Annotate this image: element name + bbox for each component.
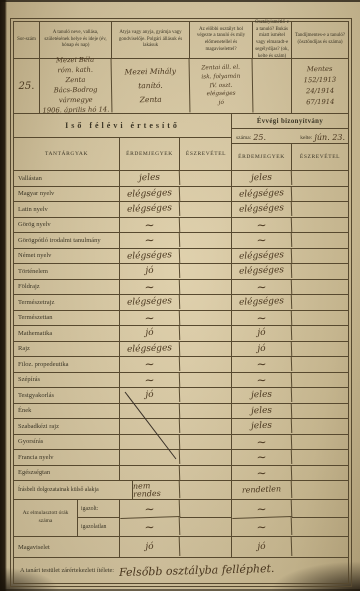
- subject-name: Testgyakorlás: [14, 388, 120, 403]
- year-remark: [292, 435, 348, 450]
- sem1-remark: [180, 404, 232, 419]
- subject-row: Szépírás ~ ~: [14, 373, 348, 389]
- sem1-grade: jó: [120, 325, 180, 342]
- year-grade: jeles: [232, 418, 292, 435]
- sem1-grade: elégséges: [120, 340, 180, 357]
- subject-name: Görögpótló irodalmi tanulmány: [14, 233, 120, 248]
- serial-number-value: 25.: [14, 59, 40, 113]
- subject-rows: Vallástan jeles jeles Magyar nyelv elégs…: [14, 171, 348, 481]
- subject-name: Természetrajz: [14, 295, 120, 310]
- year-remark: [292, 388, 348, 403]
- year-remark: [292, 171, 348, 186]
- year-remark: [292, 280, 348, 295]
- sem1-remark: [180, 295, 232, 310]
- conduct-row: Magaviselet jó jó: [14, 537, 348, 558]
- year-remark: [292, 264, 348, 279]
- subject-row: Természettan ~ ~: [14, 311, 348, 327]
- sem1-remark: [180, 187, 232, 202]
- year-grade: ~: [232, 356, 292, 373]
- year-remark: [292, 187, 348, 202]
- subject-row: Természetrajz elégséges elégséges: [14, 295, 348, 311]
- essay-year-remark: [292, 481, 348, 499]
- year-remark: [292, 295, 348, 310]
- register-header-row: Sor-szám A tanuló neve, vallása, születé…: [14, 22, 348, 59]
- subject-name: Filoz. propedeutika: [14, 357, 120, 372]
- year-grade: ~: [232, 278, 292, 295]
- sem1-grade: [120, 449, 180, 466]
- excused-sem1-value: ~: [120, 499, 181, 519]
- unexcused-year-value: ~: [232, 517, 293, 537]
- sem1-remark: [180, 280, 232, 295]
- report-card-form: Sor-szám A tanuló neve, vallása, születé…: [13, 21, 349, 584]
- subject-name: Német nyelv: [14, 249, 120, 264]
- sem1-grade: ~: [120, 216, 180, 233]
- subject-name: Magyar nyelv: [14, 187, 120, 202]
- year-remark: [292, 311, 348, 326]
- szama-value: 25.: [253, 135, 266, 141]
- sem1-grade: elégséges: [120, 247, 180, 264]
- subject-row: Történelem jó elégséges: [14, 264, 348, 280]
- kelte-value: jún. 23.: [314, 135, 345, 141]
- year-remark: [292, 404, 348, 419]
- sem1-grade: ~: [120, 356, 180, 373]
- sem1-remark: [180, 311, 232, 326]
- subject-name: Francia nyelv: [14, 450, 120, 465]
- year-grade: jó: [232, 325, 292, 342]
- subject-row: Görögpótló irodalmi tanulmány ~ ~: [14, 233, 348, 249]
- unexcused-sem1-remark: [180, 518, 232, 536]
- subject-row: Görög nyelv ~ ~: [14, 218, 348, 234]
- subject-name: Rajz: [14, 342, 120, 357]
- sem1-remark: [180, 419, 232, 434]
- sem1-grade: elégséges: [120, 294, 180, 311]
- year-grade: jeles: [232, 402, 292, 419]
- year-grade: elégséges: [232, 263, 292, 280]
- subject-name: Vallástan: [14, 171, 120, 186]
- faculty-verdict-label: A tanári testület zárértekezleti ítélete…: [20, 567, 114, 574]
- previous-class-value: Zentai áll. el. isk. folyamán IV. oszt. …: [190, 58, 254, 113]
- szama-label: száma:: [236, 135, 251, 141]
- excused-year-value: ~: [232, 499, 293, 519]
- sem1-grade: ~: [120, 309, 180, 326]
- subject-name: Gyorsírás: [14, 435, 120, 450]
- header-student-name: A tanuló neve, vallása, születésének hel…: [40, 22, 112, 58]
- scan-edge-top: [0, 0, 360, 2]
- sem1-grade: elégséges: [120, 201, 180, 218]
- year-remark: [292, 450, 348, 465]
- subject-row: Latin nyelv elégséges elégséges: [14, 202, 348, 218]
- register-data-row: 25. Mezei Béla róm. kath. Zenta Bács-Bod…: [14, 59, 348, 114]
- year-grade: jeles: [232, 387, 292, 404]
- student-name-value: Mezei Béla róm. kath. Zenta Bács-Bodrog …: [40, 58, 113, 113]
- year-grade: ~: [232, 433, 292, 450]
- year-grade: elégséges: [232, 201, 292, 218]
- sem1-grade: elégséges: [120, 185, 180, 202]
- col-remark-label-year: ÉSZREVÉTEL: [292, 144, 348, 170]
- kelte-label: kelte:: [300, 135, 312, 141]
- sem1-remark: [180, 357, 232, 372]
- sem1-remark: [180, 466, 232, 481]
- excused-sem1-remark: [180, 500, 232, 518]
- sem1-remark: [180, 264, 232, 279]
- year-remark: [292, 202, 348, 217]
- col-subjects-label: TANTÁRGYAK: [14, 138, 120, 170]
- subject-name: Latin nyelv: [14, 202, 120, 217]
- left-column-headers: TANTÁRGYAK ÉRDEMJEGYEK ÉSZREVÉTEL: [14, 138, 231, 170]
- subject-row: Egészségtan ~: [14, 466, 348, 482]
- subject-row: Földrajz ~ ~: [14, 280, 348, 296]
- sem1-remark: [180, 435, 232, 450]
- year-remark: [292, 233, 348, 248]
- year-remark: [292, 218, 348, 233]
- subject-name: Szépírás: [14, 373, 120, 388]
- year-grade: ~: [232, 232, 292, 249]
- scan-edge-left: [0, 0, 7, 591]
- header-serial-number: Sor-szám: [14, 22, 40, 58]
- parent-guardian-value: Mezei Mihály tanító. Zenta: [112, 58, 191, 113]
- grades-table: Vallástan jeles jeles Magyar nyelv elégs…: [14, 171, 348, 583]
- sem1-grade: [120, 464, 180, 481]
- conduct-sem1-remark: [180, 537, 232, 557]
- sem1-remark: [180, 171, 232, 186]
- missed-hours-block: Az elmulasztott órák száma igazolt: ~ ~ …: [14, 500, 348, 537]
- sem1-remark: [180, 450, 232, 465]
- year-remark: [292, 357, 348, 372]
- header-tuition-exempt: Tandíjmentes-e a tanuló? (ösztöndíjas és…: [292, 22, 348, 58]
- year-grade: elégséges: [232, 247, 292, 264]
- excused-year-remark: [292, 500, 348, 518]
- sem1-remark: [180, 202, 232, 217]
- conduct-label: Magaviselet: [14, 537, 120, 557]
- sem1-grade: ~: [120, 278, 180, 295]
- sem1-remark: [180, 342, 232, 357]
- conduct-year-grade: jó: [232, 536, 293, 558]
- first-semester-header: Iső félévi értesítő TANTÁRGYAK ÉRDEMJEGY…: [14, 114, 232, 170]
- class-repeater-value: [253, 59, 292, 113]
- subject-row: Francia nyelv ~: [14, 450, 348, 466]
- sem1-grade: jó: [120, 387, 180, 404]
- subject-name: Ének: [14, 404, 120, 419]
- year-end-title: Évvégi bizonyítvány: [232, 114, 348, 129]
- sem1-grade: [120, 433, 180, 450]
- sem1-grade: ~: [120, 371, 180, 388]
- excused-label: igazolt:: [78, 500, 120, 518]
- sem1-grade: ~: [120, 232, 180, 249]
- essay-neatness-row: Írásbeli dolgozatainak külső alakja nem …: [14, 481, 348, 500]
- essay-row-label: Írásbeli dolgozatainak külső alakja: [14, 481, 133, 499]
- sem1-grade: [120, 402, 180, 419]
- subject-name: Földrajz: [14, 280, 120, 295]
- essay-sem1-remark: [180, 481, 232, 499]
- conduct-year-remark: [292, 537, 348, 557]
- year-remark: [292, 373, 348, 388]
- first-semester-title: Iső félévi értesítő: [14, 114, 231, 138]
- subject-name: Szabadkézi rajz: [14, 419, 120, 434]
- subject-row: Ének jeles: [14, 404, 348, 420]
- sem1-grade: [120, 418, 180, 435]
- right-column-headers: ÉRDEMJEGYEK ÉSZREVÉTEL: [232, 144, 348, 170]
- sem1-remark: [180, 233, 232, 248]
- header-previous-class: Az előbbi osztályt hol végezte a tanuló …: [190, 22, 253, 58]
- subject-row: Filoz. propedeutika ~ ~: [14, 357, 348, 373]
- year-grade: ~: [232, 449, 292, 466]
- sem1-remark: [180, 249, 232, 264]
- sem1-remark: [180, 218, 232, 233]
- report-header: Iső félévi értesítő TANTÁRGYAK ÉRDEMJEGY…: [14, 114, 348, 171]
- scanned-report-card: { "colors": { "paper": "#d8c8a1", "line"…: [0, 0, 360, 591]
- year-grade: jeles: [232, 170, 292, 187]
- year-grade: ~: [232, 464, 292, 481]
- certificate-number-date: száma: 25. kelte: jún. 23.: [232, 129, 348, 144]
- header-parent-guardian: Atyja vagy anyja, gyámja vagy gondviselő…: [112, 22, 190, 58]
- header-class-repeater: Osztályismétlő-e a tanuló? Bukás miatt i…: [253, 22, 292, 58]
- year-end-header: Évvégi bizonyítvány száma: 25. kelte: jú…: [232, 114, 348, 170]
- subject-row: Rajz elégséges jó: [14, 342, 348, 358]
- year-grade: ~: [232, 309, 292, 326]
- year-grade: elégséges: [232, 294, 292, 311]
- sem1-remark: [180, 326, 232, 341]
- year-grade: ~: [232, 371, 292, 388]
- subject-name: Természettan: [14, 311, 120, 326]
- year-grade: ~: [232, 216, 292, 233]
- subject-row: Vallástan jeles jeles: [14, 171, 348, 187]
- year-grade: elégséges: [232, 185, 292, 202]
- subject-row: Szabadkézi rajz jeles: [14, 419, 348, 435]
- missed-hours-label: Az elmulasztott órák száma: [14, 500, 78, 536]
- year-grade: jó: [232, 340, 292, 357]
- subject-row: Testgyakorlás jó jeles: [14, 388, 348, 404]
- sem1-remark: [180, 373, 232, 388]
- unexcused-label: igazolatlan: [78, 518, 120, 536]
- subject-row: Magyar nyelv elégséges elégséges: [14, 187, 348, 203]
- year-remark: [292, 249, 348, 264]
- subject-row: Gyorsírás ~: [14, 435, 348, 451]
- subject-row: Német nyelv elégséges elégséges: [14, 249, 348, 265]
- essay-sem1-grade: nem rendes: [133, 480, 181, 500]
- sem1-grade: jeles: [120, 170, 180, 187]
- year-remark: [292, 326, 348, 341]
- sem1-grade: jó: [120, 263, 180, 280]
- unexcused-sem1-value: ~: [120, 517, 181, 537]
- subject-name: Mathematika: [14, 326, 120, 341]
- col-grades-label-sem1: ÉRDEMJEGYEK: [120, 138, 180, 170]
- conduct-sem1-grade: jó: [120, 536, 181, 558]
- subject-name: Görög nyelv: [14, 218, 120, 233]
- sem1-remark: [180, 388, 232, 403]
- unexcused-year-remark: [292, 518, 348, 536]
- col-remark-label-sem1: ÉSZREVÉTEL: [180, 138, 232, 170]
- year-remark: [292, 342, 348, 357]
- faculty-verdict-row: A tanári testület zárértekezleti ítélete…: [14, 558, 348, 583]
- year-remark: [292, 466, 348, 481]
- subject-row: Mathematika jó jó: [14, 326, 348, 342]
- subject-name: Egészségtan: [14, 466, 120, 481]
- tuition-exempt-value: Mentes 152/1913 24/1914 67/1914: [292, 59, 349, 114]
- year-remark: [292, 419, 348, 434]
- faculty-verdict-value: Felsőbb osztályba felléphet.: [119, 562, 275, 579]
- subject-name: Történelem: [14, 264, 120, 279]
- essay-year-grade: rendetlen: [232, 480, 293, 500]
- col-grades-label-year: ÉRDEMJEGYEK: [232, 144, 292, 170]
